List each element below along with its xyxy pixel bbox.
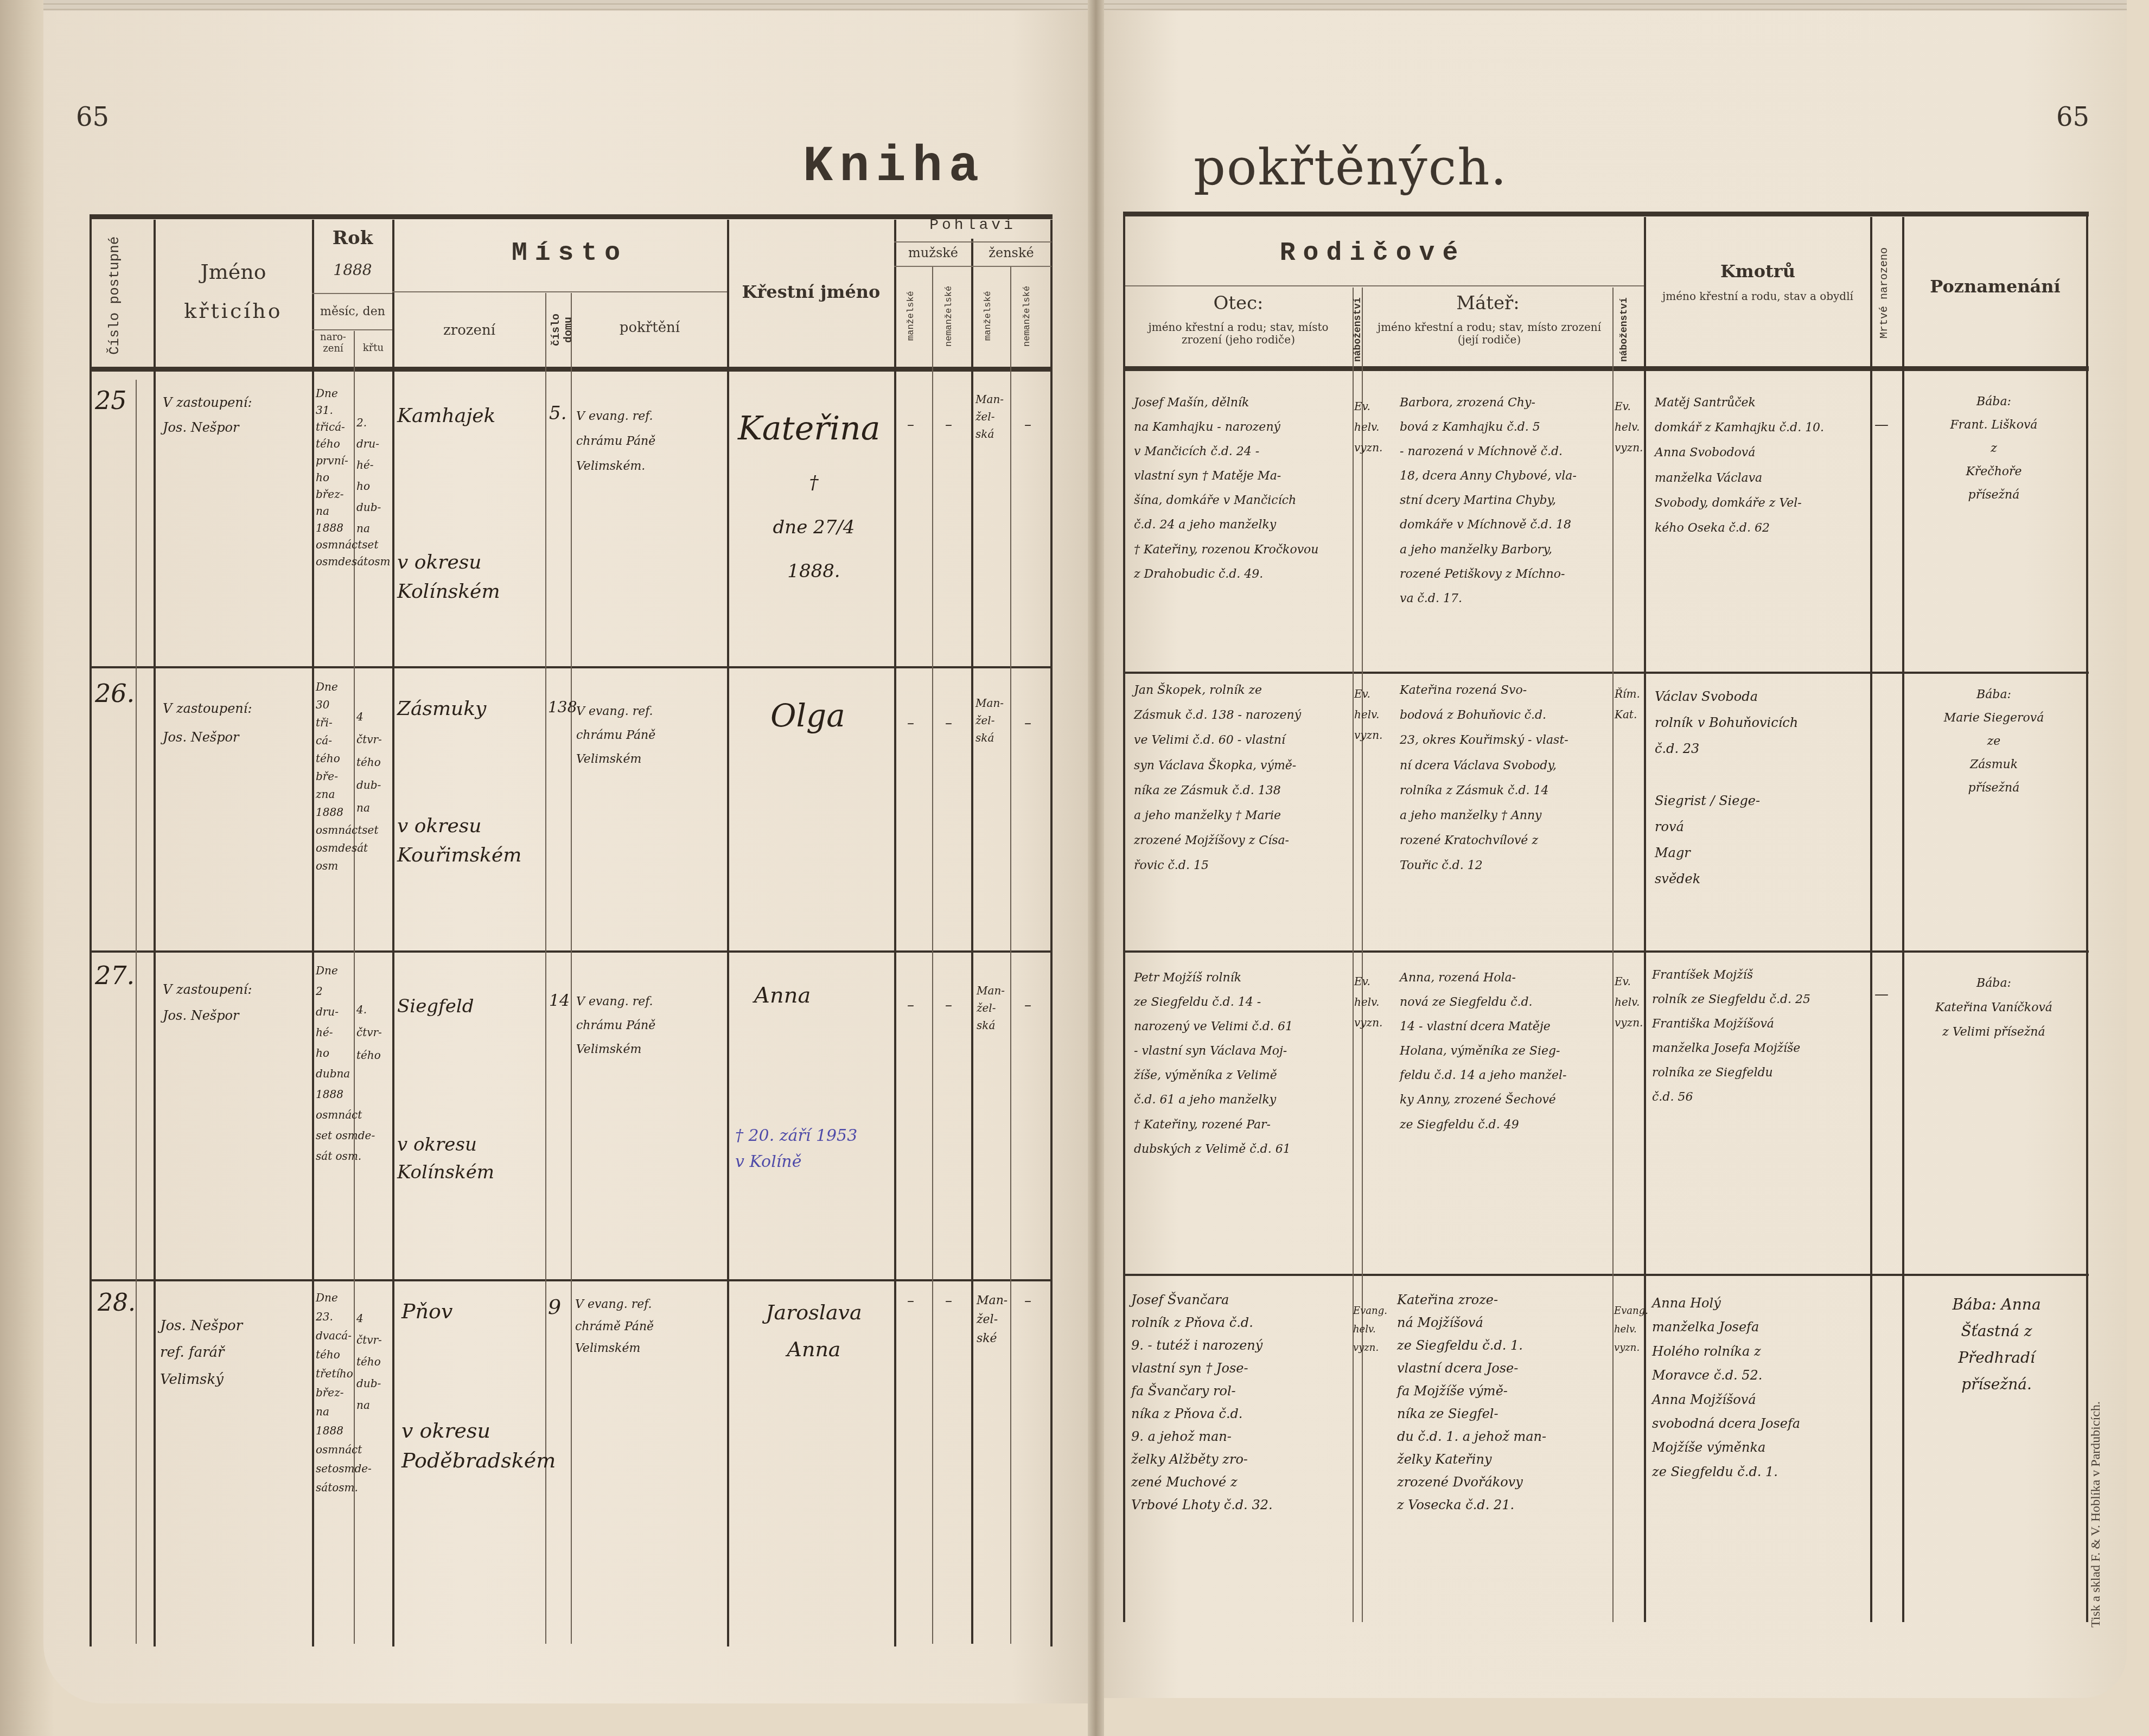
header-cislo-postupne: Číslo postupné bbox=[106, 233, 123, 358]
header-rok: Rok bbox=[315, 228, 391, 249]
header-krtu: křtu bbox=[355, 343, 391, 354]
entry-male-legit: – bbox=[907, 1294, 914, 1308]
entry-father-religion: Evang. helv. vyzn. bbox=[1353, 1302, 1387, 1358]
entry-mother-religion: Ev. helv. vyzn. bbox=[1615, 396, 1643, 458]
entry-number: 28. bbox=[98, 1291, 136, 1315]
entry-child-name: Olga bbox=[770, 700, 845, 731]
entry-father: Josef Mašín, dělník na Kamhajku - naroze… bbox=[1134, 391, 1319, 586]
header-cislo-domu: číslo domu bbox=[550, 298, 575, 361]
header-sub-rule bbox=[312, 293, 392, 294]
entry-birth-place: Siegfeld v okresu Kolínském bbox=[397, 993, 494, 1186]
entry-female-legit: Man- žel- ská bbox=[977, 982, 1005, 1034]
entry-house-no: 14 bbox=[549, 993, 570, 1009]
entry-mother-religion: Evang. helv. vyzn. bbox=[1614, 1302, 1648, 1358]
header-pokrteni: pokřtění bbox=[575, 320, 724, 336]
entry-house-no: 5. bbox=[549, 404, 566, 423]
header-muzske-nemanzelske: nemanželské bbox=[944, 271, 954, 361]
entry-notes: Bába: Frant. Lišková z Křečhoře přísežná bbox=[1907, 391, 2081, 507]
header-jmeno: Jméno bbox=[157, 260, 309, 284]
entry-number: 25 bbox=[95, 388, 127, 413]
entry-baptism-date: 4. čtvr- tého bbox=[356, 998, 382, 1067]
entry-name-note: † dne 27/4 1888. bbox=[749, 461, 879, 594]
entry-birth-place: Kamhajek v okresu Kolínském bbox=[397, 401, 500, 607]
header-narozeni: naro- zení bbox=[314, 332, 353, 354]
entry-notes: Bába: Marie Siegerová ze Zásmuk přísežná bbox=[1907, 684, 2081, 800]
col-line bbox=[1010, 266, 1011, 1644]
header-zrozeni: zrození bbox=[396, 323, 543, 339]
entry-baptizer: V zastoupení: Jos. Nešpor bbox=[163, 694, 252, 752]
row-divider bbox=[1123, 1274, 2089, 1276]
entry-stillborn: — bbox=[1874, 987, 1889, 1001]
entry-male-legit: – bbox=[907, 418, 914, 432]
header-sub-rule bbox=[392, 291, 727, 292]
entry-child-name: Anna bbox=[754, 985, 811, 1006]
entry-mother-religion: Řím. Kat. bbox=[1615, 684, 1640, 725]
header-zenske: ženské bbox=[972, 246, 1050, 261]
header-pohlavi: Pohlaví bbox=[895, 217, 1050, 234]
header-nabozenstvi-otec: náboženství bbox=[1353, 296, 1363, 363]
entry-father-religion: Ev. helv. vyzn. bbox=[1354, 684, 1382, 745]
entry-death-note: † 20. září 1953 v Kolíně bbox=[735, 1123, 857, 1175]
header-krestni-jmeno: Křestní jméno bbox=[730, 282, 892, 302]
register-book-spread: 65 65 Kniha pokřtěných. Číslo postupné J… bbox=[0, 0, 2149, 1736]
col-line bbox=[932, 266, 933, 1644]
entry-father: Petr Mojžíš rolník ze Siegfeldu č.d. 14 … bbox=[1134, 966, 1293, 1161]
entry-baptism-date: 4 čtvr- tého dub- na bbox=[356, 705, 382, 819]
col-line bbox=[90, 214, 92, 1646]
book-gutter bbox=[1088, 0, 1104, 1736]
header-krticiho: křticího bbox=[157, 299, 309, 323]
col-line bbox=[1123, 212, 1125, 1622]
entry-godparents: Anna Holý manželka Josefa Holého rolníka… bbox=[1652, 1291, 1800, 1484]
entry-baptism-place: V evang. ref. chrámu Páně Velimském. bbox=[576, 404, 655, 480]
col-line bbox=[2086, 214, 2088, 1622]
col-line bbox=[1353, 288, 1354, 1622]
entry-birth-place: Pňov v okresu Poděbradském bbox=[401, 1297, 556, 1476]
header-sub-rule bbox=[894, 241, 1051, 242]
header-sub-rule bbox=[312, 329, 392, 330]
header-mesic-den: měsíc, den bbox=[315, 305, 391, 318]
header-muzske: mužské bbox=[895, 246, 971, 261]
col-line bbox=[136, 380, 137, 1644]
entry-godparents: Václav Svoboda rolník v Bohuňovicích č.d… bbox=[1655, 684, 1798, 892]
header-muzske-manzelske: manželské bbox=[906, 271, 916, 361]
entry-baptizer: V zastoupení: Jos. Nešpor bbox=[163, 391, 252, 440]
header-mater-sub: jméno křestní a rodu; stav, místo zrozen… bbox=[1370, 321, 1609, 346]
entry-godparents: Frantíšek Mojžíš rolník ze Siegfeldu č.d… bbox=[1652, 963, 1810, 1110]
col-line bbox=[571, 293, 572, 1644]
entry-notes: Bába: Kateřina Vaníčková z Velimi přísež… bbox=[1907, 971, 2081, 1044]
entry-godparents: Matěj Santrůček domkář z Kamhajku č.d. 1… bbox=[1655, 391, 1824, 541]
entry-mother: Barbora, zrozená Chy- bová z Kamhajku č.… bbox=[1400, 391, 1577, 611]
entry-mother: Anna, rozená Hola- nová ze Siegfeldu č.d… bbox=[1400, 966, 1566, 1137]
entry-number: 27. bbox=[95, 963, 135, 988]
entry-female-illegit: – bbox=[1024, 1294, 1031, 1308]
entry-mother: Kateřina rozená Svo- bodová z Bohuňovic … bbox=[1400, 678, 1568, 879]
col-line bbox=[1612, 288, 1614, 1622]
entry-male-illegit: – bbox=[945, 998, 952, 1012]
entry-male-illegit: – bbox=[945, 716, 952, 730]
col-line bbox=[392, 220, 394, 1646]
col-line bbox=[971, 239, 973, 1644]
header-sub-rule bbox=[894, 266, 1051, 267]
entry-baptizer: Jos. Nešpor ref. farář Velimský bbox=[160, 1313, 243, 1393]
col-line bbox=[154, 220, 156, 1646]
entry-male-legit: – bbox=[907, 716, 914, 730]
page-number-right: 65 bbox=[2056, 102, 2089, 132]
header-otec-sub: jméno křestní a rodu; stav, místo zrozen… bbox=[1128, 321, 1348, 346]
header-otec: Otec: bbox=[1126, 293, 1351, 314]
entry-male-legit: – bbox=[907, 998, 914, 1012]
entry-baptism-place: V evang. ref. chrámu Páně Velimském bbox=[576, 700, 655, 771]
entry-baptism-date: 4 čtvr- tého dub- na bbox=[356, 1307, 382, 1416]
entry-female-legit: Man- žel- ské bbox=[977, 1291, 1007, 1349]
entry-baptizer: V zastoupení: Jos. Nešpor bbox=[163, 976, 252, 1029]
entry-number: 26. bbox=[95, 681, 135, 706]
entry-mother: Kateřina zroze- ná Mojžíšová ze Siegfeld… bbox=[1397, 1288, 1546, 1516]
entry-female-legit: Man- žel- ská bbox=[975, 694, 1004, 746]
header-zenske-nemanzelske: nemanželské bbox=[1022, 271, 1032, 361]
row-divider bbox=[1123, 672, 2089, 674]
entry-female-illegit: – bbox=[1024, 998, 1031, 1012]
header-kmotru: Kmotrů bbox=[1647, 261, 1869, 282]
col-line bbox=[1902, 217, 1904, 1622]
entry-stillborn: — bbox=[1874, 418, 1889, 432]
col-line bbox=[727, 220, 729, 1646]
right-header-bottom-rule bbox=[1123, 366, 2089, 371]
col-line bbox=[1362, 288, 1363, 1622]
entry-female-legit: Man- žel- ská bbox=[975, 391, 1004, 443]
entry-baptism-date: 2. dru- hé- ho dub- na bbox=[356, 412, 381, 539]
title-left: Kniha bbox=[803, 138, 985, 195]
entry-baptism-place: V evang. ref. chrámě Páně Velimském bbox=[575, 1294, 654, 1360]
col-line bbox=[1870, 217, 1872, 1622]
entry-house-no: 138 bbox=[548, 700, 577, 715]
header-kmotru-sub: jméno křestní a rodu, stav a obydlí bbox=[1655, 290, 1861, 303]
col-line bbox=[312, 220, 314, 1646]
entry-father: Jan Škopek, rolník ze Zásmuk č.d. 138 - … bbox=[1134, 678, 1301, 879]
entry-father-religion: Ev. helv. vyzn. bbox=[1354, 971, 1382, 1033]
entry-father: Josef Švančara rolník z Pňova č.d. 9. - … bbox=[1131, 1288, 1273, 1516]
page-number-left: 65 bbox=[76, 102, 109, 132]
header-mater: Máteř: bbox=[1367, 293, 1609, 314]
title-right: pokřtěných. bbox=[1194, 138, 1508, 196]
row-divider bbox=[1123, 950, 2089, 953]
entry-female-illegit: – bbox=[1024, 418, 1031, 432]
printer-imprint: Tisk a sklad F. & V. Hoblíka v Pardubicí… bbox=[2089, 1389, 2103, 1627]
col-line bbox=[1050, 220, 1053, 1646]
entry-baptism-place: V evang. ref. chrámu Páně Velimském bbox=[576, 990, 655, 1062]
entry-mother-religion: Ev. helv. vyzn. bbox=[1615, 971, 1643, 1033]
entry-female-illegit: – bbox=[1024, 716, 1031, 730]
header-poznamenani: Poznamenání bbox=[1904, 277, 2086, 297]
header-rok-value: 1888 bbox=[315, 261, 391, 279]
entry-male-illegit: – bbox=[945, 1294, 952, 1308]
header-mrtve-narozeno: Mrtvé narozeno bbox=[1878, 228, 1891, 358]
header-zenske-manzelske: manželské bbox=[983, 271, 993, 361]
right-table-top-rule bbox=[1123, 212, 2089, 216]
entry-father-religion: Ev. helv. vyzn. bbox=[1354, 396, 1382, 458]
col-line bbox=[894, 220, 896, 1646]
header-nabozenstvi-mater: náboženství bbox=[1619, 296, 1630, 363]
col-line bbox=[1644, 217, 1646, 1622]
entry-house-no: 9 bbox=[548, 1297, 561, 1317]
entry-male-illegit: – bbox=[945, 418, 952, 432]
header-misto: Místo bbox=[461, 239, 678, 269]
header-rodicove: Rodičové bbox=[1183, 239, 1563, 269]
entry-child-name: Kateřina bbox=[738, 412, 881, 445]
entry-notes: Bába: Anna Šťastná z Předhradí přísežná. bbox=[1910, 1291, 2083, 1397]
entry-child-name: Jaroslava Anna bbox=[735, 1294, 892, 1368]
header-sub-rule bbox=[1123, 285, 1644, 286]
entry-birth-place: Zásmuky v okresu Kouřimském bbox=[397, 694, 521, 870]
